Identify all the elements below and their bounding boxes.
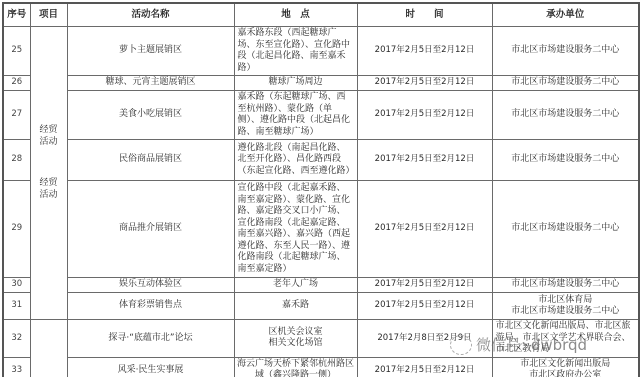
header-location: 地 点 — [234, 3, 357, 27]
activity-location: 嘉禾路 — [234, 293, 357, 320]
activity-location: 嘉禾路东段（西起糖球广场、东至宣化路）、宣化路中段（北起昌化路、南至嘉禾路） — [234, 27, 357, 76]
header-time: 时 间 — [357, 3, 492, 27]
activity-organizer: 市北区文化新闻出版局 市北区政府办公室 — [492, 357, 639, 377]
row-number: 33 — [3, 357, 30, 377]
activity-location: 区机关会议室 相关文化场馆 — [234, 320, 357, 358]
activity-location: 遵化路北段（南起昌化路、北至开化路）、昌化路西段（东起宣化路、西至遵化路） — [234, 140, 357, 181]
activity-time: 2017年2月5日至2月12日 — [357, 278, 492, 293]
row-number: 31 — [3, 293, 30, 320]
row-number: 30 — [3, 278, 30, 293]
activity-name: 美食小吃展销区 — [67, 91, 234, 140]
row-number: 27 — [3, 91, 30, 140]
organizer-line: 市北区体育局 — [495, 295, 637, 307]
project-label: 活动 — [33, 137, 65, 149]
activity-schedule-table: 序号 项目 活动名称 地 点 时 间 承办单位 25 经贸 活动 经贸 活动 萝… — [2, 2, 640, 377]
activity-time: 2017年2月5日至2月12日 — [357, 91, 492, 140]
row-number: 29 — [3, 181, 30, 278]
location-line: 相关文化场馆 — [237, 338, 355, 350]
table-row: 29 商品推介展销区 宣化路中段（北起嘉禾路、南至嘉定路）、蒙化路、宣化路、嘉定… — [3, 181, 639, 278]
activity-organizer: 市北区市场建设服务二中心 — [492, 140, 639, 181]
watermark-text: 微信号: dwbrqd — [476, 334, 587, 355]
header-activity-name: 活动名称 — [67, 3, 234, 27]
table-row: 33 风采·民生实事展 海云广场天桥下紧邻杭州路区域（鑫兴隆路一侧） 2017年… — [3, 357, 639, 377]
table-row: 30 娱乐互动体验区 老年人广场 2017年2月5日至2月12日 市北区市场建设… — [3, 278, 639, 293]
activity-time: 2017年2月5日至2月12日 — [357, 357, 492, 377]
activity-organizer: 市北区市场建设服务二中心 — [492, 278, 639, 293]
table-row: 26 糖球、元宵主题展销区 糖球广场周边 2017年2月5日至2月12日 市北区… — [3, 76, 639, 91]
activity-name: 娱乐互动体验区 — [67, 278, 234, 293]
project-label: 经贸 — [33, 178, 65, 190]
row-number: 26 — [3, 76, 30, 91]
activity-time: 2017年2月5日至2月12日 — [357, 181, 492, 278]
activity-name: 商品推介展销区 — [67, 181, 234, 278]
activity-time: 2017年2月5日至2月12日 — [357, 27, 492, 76]
header-project: 项目 — [30, 3, 67, 27]
activity-organizer: 市北区市场建设服务二中心 — [492, 91, 639, 140]
wechat-watermark-icon — [450, 335, 472, 355]
organizer-line: 市北区政府办公室 — [495, 370, 637, 377]
activity-location: 嘉禾路（东起糖球广场、西至杭州路）、蒙化路（单侧）、遵化路中段（北起昌化路、南至… — [234, 91, 357, 140]
row-number: 28 — [3, 140, 30, 181]
activity-organizer: 市北区体育局 市北区市场建设服务二中心 — [492, 293, 639, 320]
row-number: 32 — [3, 320, 30, 358]
activity-time: 2017年2月5日至2月12日 — [357, 140, 492, 181]
activity-location: 糖球广场周边 — [234, 76, 357, 91]
activity-name: 民俗商品展销区 — [67, 140, 234, 181]
project-label: 经贸 — [33, 125, 65, 137]
location-line: 区机关会议室 — [237, 327, 355, 339]
project-cell-empty — [30, 320, 67, 377]
table-row: 27 美食小吃展销区 嘉禾路（东起糖球广场、西至杭州路）、蒙化路（单侧）、遵化路… — [3, 91, 639, 140]
header-organizer: 承办单位 — [492, 3, 639, 27]
project-cell: 经贸 活动 经贸 活动 — [30, 27, 67, 320]
organizer-line: 市北区市场建设服务二中心 — [495, 306, 637, 318]
activity-location: 老年人广场 — [234, 278, 357, 293]
activity-location: 宣化路中段（北起嘉禾路、南至嘉定路）、蒙化路、宣化路、嘉定路交叉口小广场、宣化路… — [234, 181, 357, 278]
activity-name: 体育彩票销售点 — [67, 293, 234, 320]
row-number: 25 — [3, 27, 30, 76]
organizer-line: 市北区文化新闻出版局 — [495, 359, 637, 371]
activity-organizer: 市北区市场建设服务二中心 — [492, 76, 639, 91]
activity-name: 风采·民生实事展 — [67, 357, 234, 377]
activity-time: 2017年2月5日至2月12日 — [357, 293, 492, 320]
project-label: 活动 — [33, 190, 65, 202]
header-serial: 序号 — [3, 3, 30, 27]
activity-location: 海云广场天桥下紧邻杭州路区域（鑫兴隆路一侧） — [234, 357, 357, 377]
table-row: 28 民俗商品展销区 遵化路北段（南起昌化路、北至开化路）、昌化路西段（东起宣化… — [3, 140, 639, 181]
header-row: 序号 项目 活动名称 地 点 时 间 承办单位 — [3, 3, 639, 27]
activity-name: 糖球、元宵主题展销区 — [67, 76, 234, 91]
table-row: 25 经贸 活动 经贸 活动 萝卜主题展销区 嘉禾路东段（西起糖球广场、东至宣化… — [3, 27, 639, 76]
table-row: 31 体育彩票销售点 嘉禾路 2017年2月5日至2月12日 市北区体育局 市北… — [3, 293, 639, 320]
activity-name: 探寻·“底蕴市北”论坛 — [67, 320, 234, 358]
activity-organizer: 市北区市场建设服务二中心 — [492, 181, 639, 278]
activity-time: 2017年2月5日至2月12日 — [357, 76, 492, 91]
activity-name: 萝卜主题展销区 — [67, 27, 234, 76]
activity-time: 2017年2月8日至2月9日 — [357, 320, 492, 358]
activity-organizer: 市北区市场建设服务二中心 — [492, 27, 639, 76]
